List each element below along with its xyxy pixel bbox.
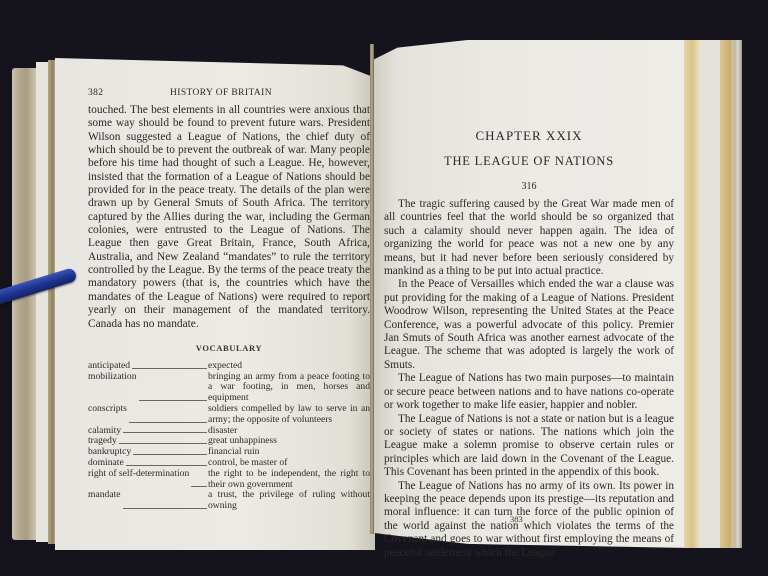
paragraph: The League of Nations has no army of its…: [384, 480, 674, 560]
page-number-right: 383: [510, 514, 523, 524]
running-head: 382 HISTORY OF BRITAIN: [88, 88, 370, 98]
vocab-definition: bringing an army from a peace footing to…: [208, 372, 370, 404]
left-page-content: 382 HISTORY OF BRITAIN touched. The best…: [88, 88, 370, 512]
vocab-term: mandate: [88, 490, 121, 512]
right-page-block-white: [700, 40, 722, 548]
left-body-text: touched. The best elements in all countr…: [88, 104, 370, 331]
left-page-block-gilt: [48, 60, 56, 544]
paragraph: touched. The best elements in all countr…: [88, 104, 370, 331]
paragraph: The tragic suffering caused by the Great…: [384, 198, 674, 278]
page-number-left: 382: [88, 88, 170, 98]
vocabulary-heading: VOCABULARY: [88, 343, 370, 353]
running-head-title: HISTORY OF BRITAIN: [170, 88, 370, 98]
chapter-title: THE LEAGUE OF NATIONS: [384, 154, 674, 169]
vocab-term: mobilization: [88, 372, 137, 404]
book-cover-edge: [734, 40, 742, 548]
right-page-block-gilt: [684, 40, 700, 548]
open-book-photo: 382 HISTORY OF BRITAIN touched. The best…: [0, 0, 768, 576]
section-number: 316: [384, 181, 674, 192]
vocab-row: conscriptssoldiers compelled by law to s…: [88, 404, 370, 426]
chapter-number: CHAPTER XXIX: [384, 128, 674, 144]
left-page-block-edge: [12, 68, 36, 540]
vocab-row: right of self-determinationthe right to …: [88, 469, 370, 491]
paragraph: The League of Nations has two main purpo…: [384, 372, 674, 412]
paragraph: In the Peace of Versailles which ended t…: [384, 278, 674, 372]
right-body-text: The tragic suffering caused by the Great…: [384, 198, 674, 560]
vocabulary-list: anticipatedexpected mobilizationbringing…: [88, 361, 370, 512]
right-page-content: CHAPTER XXIX THE LEAGUE OF NATIONS 316 T…: [384, 128, 674, 560]
vocab-term: right of self-determination: [88, 469, 189, 491]
vocab-definition: the right to be independent, the right t…: [208, 469, 370, 491]
book-gutter: [370, 44, 374, 534]
vocab-term: conscripts: [88, 404, 127, 426]
vocab-row: mobilizationbringing an army from a peac…: [88, 372, 370, 404]
vocab-definition: soldiers compelled by law to serve in an…: [208, 404, 370, 426]
paragraph: The League of Nations is not a state or …: [384, 413, 674, 480]
vocab-definition: a trust, the privilege of ruling without…: [208, 490, 370, 512]
vocab-row: mandatea trust, the privilege of ruling …: [88, 490, 370, 512]
